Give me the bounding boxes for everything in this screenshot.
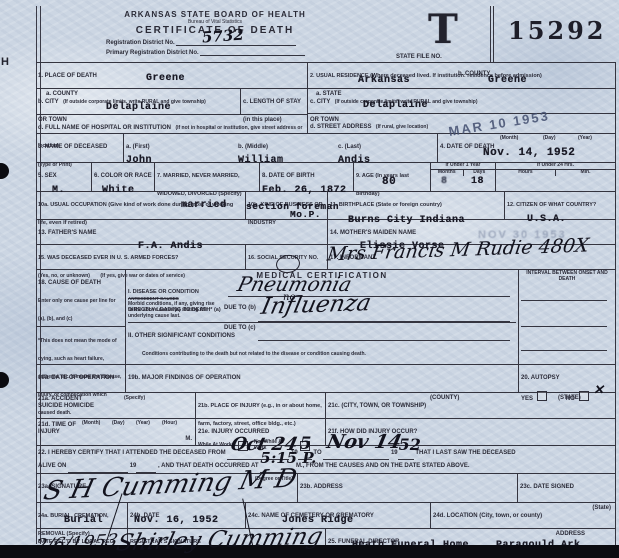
cause-label: 18. CAUSE OF DEATH xyxy=(38,280,101,286)
signature-address-label: 23b. ADDRESS xyxy=(300,484,343,490)
burial-state-label: (State) xyxy=(592,505,611,512)
row-signature: 23a. SIGNATURE S H Cumming M D (Degree o… xyxy=(36,474,615,503)
residence-city-label: c. CITY xyxy=(310,99,330,105)
armed-forces-label: 15. WAS DECEASED EVER IN U. S. ARMED FOR… xyxy=(38,255,178,261)
city-cell: b. CITY (If outside corporate limits, wr… xyxy=(36,89,241,114)
burial-location-cell: 24d. LOCATION (City, town, or county) (S… xyxy=(431,503,615,528)
ssn-cell: 16. SOCIAL SECURITY NO. xyxy=(246,245,328,269)
registration-district-blank: 5732 xyxy=(176,38,296,46)
hole-punch-mark xyxy=(0,163,9,179)
injury-hour-label: (Hour) xyxy=(162,421,177,427)
injury-month-label: (Month) xyxy=(82,421,100,427)
age-cell: 9. AGE (In years last birthday) 80 If Un… xyxy=(354,163,615,191)
citizen-label: 12. CITIZEN OF WHAT COUNTRY? xyxy=(507,202,596,208)
certify-text-4: FROM THE CAUSES AND ON THE DATE STATED A… xyxy=(306,463,470,469)
part2-label: II. OTHER SIGNIFICANT CONDITIONS xyxy=(128,333,235,339)
first-name-cell: a. (First) John xyxy=(124,134,236,162)
due-b-value: Influenza xyxy=(259,290,374,320)
date-signed-cell: 23c. DATE SIGNED xyxy=(518,474,615,502)
injury-day-label: (Day) xyxy=(112,421,125,427)
state-file-label: STATE FILE NO. xyxy=(396,54,442,60)
last-name-label: c. (Last) xyxy=(338,144,361,150)
operation-date-cell: 19a. DATE OF OPERATION xyxy=(36,365,126,392)
row-place-residence: 1. PLACE OF DEATH a. COUNTY Greene b. CI… xyxy=(36,63,615,134)
month-col-label: (Month) xyxy=(500,136,518,142)
street-note: (If rural, give location) xyxy=(376,124,428,130)
state-file-number: 15292 xyxy=(508,16,607,45)
header-stamp-area: T STATE FILE NO. xyxy=(394,6,490,62)
injury-m-label: M. xyxy=(185,436,192,443)
city-stay-row: b. CITY (If outside corporate limits, wr… xyxy=(36,89,307,114)
age-years-cell: 9. AGE (In years last birthday) 80 xyxy=(354,163,430,191)
row-injury-time: 21d. TIME OF INJURY (Month) (Day) (Year)… xyxy=(36,419,615,446)
form-grid: 1. PLACE OF DEATH a. COUNTY Greene b. CI… xyxy=(36,62,616,557)
interval-label: INTERVAL BETWEEN ONSET AND DEATH xyxy=(521,271,613,283)
header-titles: ARKANSAS STATE BOARD OF HEALTH Bureau of… xyxy=(36,6,394,62)
residence-city-cell: c. CITY (If outside corporate limits, wr… xyxy=(308,89,615,113)
cause-label-column: 18. CAUSE OF DEATH Enter only one cause … xyxy=(36,270,126,364)
row-informant: 15. WAS DECEASED EVER IN U. S. ARMED FOR… xyxy=(36,245,615,270)
first-name-label: a. (First) xyxy=(126,144,150,150)
burial-value: Burial xyxy=(64,515,103,526)
interval-line-b xyxy=(521,319,607,327)
min-label: Min. xyxy=(556,170,615,176)
date-of-death-cell: 4. DATE OF DEATH (Month) (Day) (Year) No… xyxy=(438,134,615,162)
part2-note: Conditions contributing to the death but… xyxy=(142,351,366,357)
accident-specify-label: (Specify) xyxy=(124,396,145,402)
signature-address-cell: 23b. ADDRESS xyxy=(298,474,518,502)
residence-city-value: Delaplaine xyxy=(363,100,428,111)
injury-city-label: 21c. (CITY, TOWN, OR TOWNSHIP) xyxy=(328,403,426,409)
father-label: 13. FATHER'S NAME xyxy=(38,230,96,236)
death-certificate-scan: H ARKANSAS STATE BOARD OF HEALTH Bureau … xyxy=(0,0,619,558)
county-value: Greene xyxy=(146,73,185,84)
armed-forces-cell: 15. WAS DECEASED EVER IN U. S. ARMED FOR… xyxy=(36,245,246,269)
operation-date-label: 19a. DATE OF OPERATION xyxy=(38,375,114,381)
year-col-label: (Year) xyxy=(578,136,592,142)
funeral-address-label: ADDRESS xyxy=(556,531,585,538)
days-label: Days xyxy=(464,170,496,176)
sex-cell: 5. SEX M. xyxy=(36,163,92,191)
due-c-label: DUE TO (c) xyxy=(224,325,256,332)
place-of-death-block: 1. PLACE OF DEATH a. COUNTY Greene b. CI… xyxy=(36,63,308,133)
injury-location-cell: 21c. (CITY, TOWN, OR TOWNSHIP) (COUNTY) … xyxy=(326,393,615,418)
registration-district-line: Registration District No. 5732 xyxy=(106,38,394,46)
months-label: Months xyxy=(431,170,464,176)
birth-date-label: 8. DATE OF BIRTH xyxy=(262,173,315,179)
t-stamp: T xyxy=(428,6,458,53)
burial-date-value: Nov. 16, 1952 xyxy=(134,515,219,526)
interval-column: INTERVAL BETWEEN ONSET AND DEATH xyxy=(519,270,615,364)
name-label: 3. NAME OF DECEASED xyxy=(38,144,107,150)
certify-text-1: 22. I HEREBY CERTIFY THAT I ATTENDED THE… xyxy=(38,450,226,456)
race-label: 6. COLOR OR RACE xyxy=(94,173,152,179)
sex-label: 5. SEX xyxy=(38,173,57,179)
row-operation: 19a. DATE OF OPERATION 19b. MAJOR FINDIN… xyxy=(36,365,615,393)
other-conditions-block: II. OTHER SIGNIFICANT CONDITIONS Conditi… xyxy=(128,322,516,360)
autopsy-cell: 20. AUTOPSY YES NO ✕ xyxy=(519,365,615,392)
marital-cell: 7. MARRIED, NEVER MARRIED, WIDOWED, DIVO… xyxy=(155,163,260,191)
alive-on-blank xyxy=(68,465,128,473)
time-of-injury-label: 21d. TIME OF INJURY xyxy=(38,422,78,436)
state-county-cell: 2. USUAL RESIDENCE (Where deceased lived… xyxy=(308,63,615,88)
time-of-injury-cell: 21d. TIME OF INJURY (Month) (Day) (Year)… xyxy=(36,419,196,445)
informant-cell: 17. INFORMANT Mrs Francis M Rudie 480X xyxy=(328,245,615,269)
certify-text-2: THAT I LAST SAW THE DECEASED xyxy=(415,450,515,456)
street-label: d. STREET ADDRESS xyxy=(310,124,371,130)
row-certification: 22. I HEREBY CERTIFY THAT I ATTENDED THE… xyxy=(36,446,615,474)
signature-cell: 23a. SIGNATURE S H Cumming M D (Degree o… xyxy=(36,474,298,502)
primary-district-label: Primary Registration District No. xyxy=(106,50,199,56)
under-one-year-cell: If Under 1 Year Months Days 8 18 xyxy=(430,163,495,191)
middle-name-label: b. (Middle) xyxy=(238,144,268,150)
row-cause-of-death: 18. CAUSE OF DEATH Enter only one cause … xyxy=(36,270,615,365)
months-value: 8 xyxy=(441,176,448,187)
attended-to-blank: Nov 14 xyxy=(323,452,389,460)
autopsy-label: 20. AUTOPSY xyxy=(521,375,560,381)
accident-label: 21a. ACCIDENT SUICIDE HOMICIDE xyxy=(38,396,98,410)
death-time-value: 5:15 P. xyxy=(260,452,316,465)
city-label: b. CITY xyxy=(38,99,59,105)
accident-cell: 21a. ACCIDENT SUICIDE HOMICIDE (Specify) xyxy=(36,393,196,418)
row-accident: 21a. ACCIDENT SUICIDE HOMICIDE (Specify)… xyxy=(36,393,615,419)
injury-year-label: (Year) xyxy=(136,421,150,427)
year2-blank: 52 xyxy=(398,452,414,460)
mother-label: 14. MOTHER'S MAIDEN NAME xyxy=(330,230,416,236)
day-col-label: (Day) xyxy=(543,136,556,142)
margin-edge-letter: H xyxy=(1,56,9,68)
birthplace-cell: 11. BIRTHPLACE (State or foreign country… xyxy=(328,192,505,219)
usual-residence-block: 2. USUAL RESIDENCE (Where deceased lived… xyxy=(308,63,615,133)
row-vitals: 5. SEX M. 6. COLOR OR RACE White 7. MARR… xyxy=(36,163,615,192)
certify-alive-on: ALIVE ON xyxy=(38,463,66,469)
birthplace-label: 11. BIRTHPLACE (State or foreign country… xyxy=(330,202,442,208)
state-file-box: 15292 xyxy=(490,6,616,62)
board-title: ARKANSAS STATE BOARD OF HEALTH xyxy=(36,10,394,19)
certification-cell: 22. I HEREBY CERTIFY THAT I ATTENDED THE… xyxy=(36,446,615,473)
hours-label: Hours xyxy=(496,170,556,176)
due-b-label: DUE TO (b) xyxy=(224,305,256,312)
injury-state-label: (STATE) xyxy=(558,395,581,402)
primary-district-blank xyxy=(200,48,305,56)
date-of-death-value: Nov. 14, 1952 xyxy=(483,147,575,159)
interval-line-a xyxy=(521,293,607,301)
hole-punch-mark xyxy=(0,372,9,388)
length-of-stay-cell: c. LENGTH OF STAY (in this place) xyxy=(241,89,307,114)
days-value: 18 xyxy=(471,176,484,187)
registration-district-value: 5732 xyxy=(202,26,245,47)
last-name-cell: c. (Last) Andis xyxy=(336,134,438,162)
residence-state-value: Arkansas xyxy=(358,75,410,86)
cause-label-box: 18. CAUSE OF DEATH Enter only one cause … xyxy=(36,270,125,327)
certificate-form: ARKANSAS STATE BOARD OF HEALTH Bureau of… xyxy=(36,6,616,558)
middle-name-cell: b. (Middle) William xyxy=(236,134,336,162)
row-burial: 24a. BURIAL, CREMATION, REMOVAL (Specify… xyxy=(36,503,615,529)
injury-county-label: (COUNTY) xyxy=(430,395,459,402)
registration-district-label: Registration District No. xyxy=(106,40,175,46)
date-signed-label: 23c. DATE SIGNED xyxy=(520,484,574,490)
primary-district-line: Primary Registration District No. xyxy=(106,48,394,56)
burial-location-label: 24d. LOCATION (City, town, or county) xyxy=(433,513,542,519)
under24-label: If Under 24 Hrs. xyxy=(496,163,615,170)
industry-cell: 10b. KIND OF BUSINESS OR INDUSTRY sectio… xyxy=(246,192,328,219)
due-to-lines: DUE TO (b) Influenza DUE TO (c) xyxy=(220,302,516,319)
interval-line-c xyxy=(521,343,607,351)
citizen-cell: 12. CITIZEN OF WHAT COUNTRY? U.S.A. xyxy=(505,192,615,219)
row-occupation: 10a. USUAL OCCUPATION (Give kind of work… xyxy=(36,192,615,220)
city-value: Delaplaine xyxy=(106,102,171,113)
part1-label-1: I. DISEASE OR CONDITION xyxy=(128,289,199,295)
place-of-injury-cell: 21b. PLACE OF INJURY (e.g., in or about … xyxy=(196,393,326,418)
occupation-cell: 10a. USUAL OCCUPATION (Give kind of work… xyxy=(36,192,246,219)
residence-county-label: b. COUNTY xyxy=(458,71,490,78)
row-name: 3. NAME OF DECEASED (Type or Print) a. (… xyxy=(36,134,615,163)
due-c-line xyxy=(258,333,510,341)
form-header: ARKANSAS STATE BOARD OF HEALTH Bureau of… xyxy=(36,6,616,62)
place-of-death-title: 1. PLACE OF DEATH xyxy=(38,73,97,79)
burial-date-cell: 24b. DATE Nov. 16, 1952 xyxy=(128,503,246,528)
attended-to-value: Nov 14 xyxy=(326,436,403,449)
name-label-cell: 3. NAME OF DECEASED (Type or Print) xyxy=(36,134,124,162)
race-cell: 6. COLOR OR RACE White xyxy=(92,163,155,191)
age-value: 80 xyxy=(382,176,396,188)
operation-findings-cell: 19b. MAJOR FINDINGS OF OPERATION xyxy=(126,365,519,392)
cause-note: Enter only one cause per line for (a), (… xyxy=(38,298,116,322)
father-cell: 13. FATHER'S NAME F.A. Andis xyxy=(36,220,328,244)
certify-year-prefix-3: 19 xyxy=(130,463,137,469)
operation-findings-label: 19b. MAJOR FINDINGS OF OPERATION xyxy=(128,375,241,381)
or-town-label: OR TOWN xyxy=(38,117,67,123)
part1-label-2: DIRECTLY LEADING TO DEATH* (a) xyxy=(128,307,221,313)
medical-certification-column: MEDICAL CERTIFICATION I. DISEASE OR COND… xyxy=(126,270,519,364)
birth-date-cell: 8. DATE OF BIRTH Feb. 26, 1872 xyxy=(260,163,354,191)
county-cell: 1. PLACE OF DEATH a. COUNTY Greene xyxy=(36,63,307,88)
industry-value-2: Mo.P. xyxy=(290,209,321,220)
under-24hrs-cell: If Under 24 Hrs. Hours Min. xyxy=(495,163,615,191)
residence-county-value: Greene xyxy=(488,75,527,86)
year2-value: 52 xyxy=(399,438,421,451)
